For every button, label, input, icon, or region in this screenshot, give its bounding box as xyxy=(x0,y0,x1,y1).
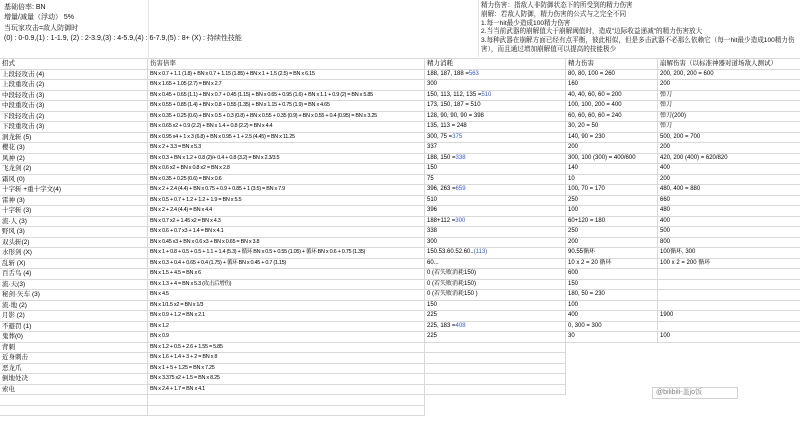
cell-formula[interactable]: BN x 0.35 + 0.25 (0.6) = BN x 0.6 xyxy=(148,175,425,186)
cell-break-damage[interactable]: 200 xyxy=(658,80,800,91)
cell-move[interactable]: 流·地 (2) xyxy=(0,301,148,312)
note-break-2: 2.当当前武器的崩解值大于崩解阈值时，造成"边际收益递减"的精力伤害放大 xyxy=(481,28,795,37)
cell-stamina-damage[interactable]: 100 xyxy=(566,206,658,217)
cell-break-damage[interactable]: 480, 400 = 880 xyxy=(658,185,800,196)
cell-break-damage[interactable] xyxy=(658,280,800,291)
table-row: 雷神 (3)BN x 0.5 + 0.7 + 1.2 + 1.2 + 1.9 =… xyxy=(0,196,800,207)
cell-stamina-damage[interactable]: 100 xyxy=(566,301,658,312)
table-row: 百舌鸟 (4)BN x 1.5 + 4.5 = BN x 60 (若失败消耗15… xyxy=(0,269,800,280)
cell-break-damage[interactable]: 1900 xyxy=(658,311,800,322)
cell-stamina-cost[interactable]: 188+112 = 300 xyxy=(425,217,566,228)
cell-stamina-cost[interactable]: 188, 150 = 338 xyxy=(425,154,566,165)
cell-break-damage[interactable] xyxy=(658,269,800,280)
table-row: 野风 (3)BN x 0.6 + 0.7 x3 + 1.4 = BN x 4.1… xyxy=(0,227,800,238)
stamina-cost-value: 128, 90, 90, 90 = 398 xyxy=(427,112,484,122)
table-row: 涡龙斩 (5)BN x 0.95 x4 + 1 x 3 (6.8) + BN x… xyxy=(0,133,800,144)
table-row: 双头斩(2)BN x 0.45 x3 + BN x 0.6 x3 + BN x … xyxy=(0,238,800,249)
stamina-cost-value: 0 (若失败消耗150) xyxy=(427,280,476,290)
cell-stamina-damage[interactable]: 60, 60, 60, 60 = 240 xyxy=(566,112,658,123)
cell-move[interactable]: 倒地处决 xyxy=(0,374,148,385)
stamina-cost-value: 188+112 = xyxy=(427,217,455,227)
table-row: 下段重攻击 (3)BN x 0.65 x2 + 0.9 (2.2) + BN x… xyxy=(0,122,800,133)
header-break-damage[interactable]: 崩解伤害（以标准神器对道场敌人测试） xyxy=(658,59,800,70)
cell-break-damage[interactable]: 420, 200 (400) = 620/820 xyxy=(658,154,800,165)
cell-stamina-cost[interactable]: 150, 113, 112, 135 = 510 xyxy=(425,91,566,102)
cell-move[interactable]: 十字斩 (3) xyxy=(0,206,148,217)
table-row: 中段重攻击 (3)BN x 0.55 + 0.85 (1.4) + BN x 0… xyxy=(0,101,800,112)
header-formula[interactable]: 伤害倍率 xyxy=(148,59,425,70)
stamina-cost-value: 60... xyxy=(427,259,439,269)
cell-break-damage[interactable]: 弹刀 xyxy=(658,91,800,102)
cell-break-damage[interactable]: 弹刀 xyxy=(658,101,800,112)
cell-formula[interactable] xyxy=(148,406,425,417)
cell-formula[interactable]: BN x 1.5 + 4.5 = BN x 6 xyxy=(148,269,425,280)
cell-move[interactable]: 流·天(3) xyxy=(0,280,148,291)
notes-right: 精力伤害：指敌人非防御状态下的所受到的精力伤害 崩解：若敌人防御，精力伤害的公式… xyxy=(481,2,795,55)
cell-stamina-cost[interactable]: 300, 75 = 375 xyxy=(425,133,566,144)
watermark-cell: @bilibili-盖jo饭 xyxy=(652,387,738,399)
cell-move[interactable]: 水形剑 (X) xyxy=(0,248,148,259)
cell-stamina-cost[interactable]: 337 xyxy=(425,143,566,154)
cell-formula[interactable]: BN x 1.3 + 4 = BN x 5.3 (攻击后增伤) xyxy=(148,280,425,291)
cell-formula[interactable]: BN x 0.7 + 1.1 (1.8) + BN x 0.7 + 1.15 (… xyxy=(148,70,425,81)
stamina-cost-value: 0 (若失败消耗150 ) xyxy=(427,290,478,300)
header-stamina-cost[interactable]: 精力消耗 xyxy=(425,59,566,70)
cell-stamina-cost[interactable]: 510 xyxy=(425,196,566,207)
cell-break-damage[interactable] xyxy=(658,301,800,312)
table-row: 樱花 (3)BN x 2 + 3.3 = BN x 5.3337200200 xyxy=(0,143,800,154)
stamina-cost-total-highlight: 408 xyxy=(456,322,466,332)
table-row: 霜风 (0)BN x 0.35 + 0.25 (0.6) = BN x 0.67… xyxy=(0,175,800,186)
cell-stamina-damage[interactable]: 30 xyxy=(566,332,658,343)
stamina-cost-total-highlight: 510 xyxy=(481,91,491,101)
cell-stamina-cost[interactable] xyxy=(425,364,566,375)
cell-move[interactable]: 鬼葬(0) xyxy=(0,332,148,343)
cell-move[interactable]: 上段重攻击 (2) xyxy=(0,80,148,91)
cell-break-damage[interactable]: 500 xyxy=(658,227,800,238)
cell-break-damage[interactable]: 400 xyxy=(658,164,800,175)
stamina-cost-total-highlight: 659 xyxy=(456,185,466,195)
cell-move[interactable]: 月影 (2) xyxy=(0,311,148,322)
cell-stamina-cost[interactable]: 396, 263 = 659 xyxy=(425,185,566,196)
cell-break-damage[interactable]: 100 x 2 = 200 循环 xyxy=(658,259,800,270)
cell-break-damage[interactable]: 400 xyxy=(658,217,800,228)
stamina-cost-total-highlight: 375 xyxy=(452,133,462,143)
table-row: 风神 (2)BN x 0.3 + BN x 1.2 + 0.8 (2)/+ 0.… xyxy=(0,154,800,165)
cell-formula[interactable]: BN x 1.65 + 1.05 (2.7) = BN x 2.7 xyxy=(148,80,425,91)
cell-move[interactable]: 十字斩 +重十字文(4) xyxy=(0,185,148,196)
table-row: 水形剑 (X)BN x 1 + 0.8 + 0.5 + 0.5 + 1.1 + … xyxy=(0,248,800,259)
stamina-cost-value: 225 xyxy=(427,332,437,342)
cell-move[interactable]: 流·人 (3) xyxy=(0,217,148,228)
cell-formula[interactable]: BN x 3.375 x2 + 1.5 = BN x 8.25 xyxy=(148,374,425,385)
cell-break-damage[interactable]: 800 xyxy=(658,238,800,249)
table-row: 飞龙剑 (2)BN x 0.6 x2 + BN x 0.8 x2 = BN x … xyxy=(0,164,800,175)
cell-move[interactable]: 近身刺击 xyxy=(0,353,148,364)
cell-stamina-cost[interactable]: 225, 183 = 408 xyxy=(425,322,566,333)
cell-stamina-damage[interactable]: 80, 80, 100 = 260 xyxy=(566,70,658,81)
cell-move[interactable]: 索电 xyxy=(0,385,148,396)
gridline-vertical xyxy=(478,0,479,57)
cell-stamina-cost[interactable]: 75 xyxy=(425,175,566,186)
cell-break-damage[interactable]: 200, 200, 200 = 600 xyxy=(658,70,800,81)
cell-formula[interactable]: BN x 0.9 + 1.2 = BN x 2.1 xyxy=(148,311,425,322)
cell-stamina-damage[interactable]: 160 xyxy=(566,80,658,91)
table-row: 上段轻攻击 (4)BN x 0.7 + 1.1 (1.8) + BN x 0.7… xyxy=(0,70,800,81)
cell-move[interactable]: 野风 (3) xyxy=(0,227,148,238)
stamina-cost-total-highlight: 563 xyxy=(469,70,479,80)
cell-stamina-damage[interactable]: 100, 100, 200 = 400 xyxy=(566,101,658,112)
cell-break-damage[interactable]: 500, 200 = 700 xyxy=(658,133,800,144)
stamina-cost-value: 396, 263 = xyxy=(427,185,456,195)
damage-table: 招式伤害倍率精力消耗精力伤害崩解伤害（以标准神器对道场敌人测试）上段轻攻击 (4… xyxy=(0,58,800,416)
cell-formula[interactable]: BN x 2.4 + 1.7 = BN x 4.1 xyxy=(148,385,425,396)
stamina-cost-value: 150 xyxy=(427,301,437,311)
table-row: 秘剑·矢车 (3)BN x 4.50 (若失败消耗150 )180, 50 = … xyxy=(0,290,800,301)
cell-stamina-cost[interactable]: 0 (若失败消耗150) xyxy=(425,269,566,280)
cell-move[interactable]: 飞龙剑 (2) xyxy=(0,164,148,175)
stamina-cost-value: 0 (若失败消耗150) xyxy=(427,269,476,279)
cell-formula[interactable]: BN x 0.5 + 0.7 + 1.2 + 1.2 + 1.9 = BN x … xyxy=(148,196,425,207)
note-condition: 当玩家攻击=敌人防御时 xyxy=(4,24,242,34)
cell-stamina-cost[interactable]: 150 xyxy=(425,301,566,312)
cell-stamina-damage[interactable]: 250 xyxy=(566,227,658,238)
cell-formula[interactable]: BN x 0.6 + 0.7 x3 + 1.4 = BN x 4.1 xyxy=(148,227,425,238)
table-row: 流·地 (2)BN x 1/1.5 x2 = BN x 1/3150100 xyxy=(0,301,800,312)
cell-formula[interactable]: BN x 0.45 x3 + BN x 0.6 x3 + BN x 0.65 =… xyxy=(148,238,425,249)
cell-stamina-damage[interactable]: 140, 90 = 230 xyxy=(566,133,658,144)
stamina-cost-total-highlight: 338 xyxy=(456,154,466,164)
stamina-cost-total-highlight: (113) xyxy=(474,248,488,258)
note-variance: 增量/减量（浮动） 5% xyxy=(4,13,242,23)
stamina-cost-value: 225 xyxy=(427,311,437,321)
table-row: 鬼葬(0)BN x 0.922530100 xyxy=(0,332,800,343)
cell-stamina-cost[interactable]: 128, 90, 90, 90 = 398 xyxy=(425,112,566,123)
cell-stamina-damage[interactable]: 60+120 = 180 xyxy=(566,217,658,228)
stamina-cost-value: 188, 187, 188 = xyxy=(427,70,469,80)
cell-stamina-damage[interactable]: 30, 20 = 50 xyxy=(566,122,658,133)
table-row: 上段重攻击 (2)BN x 1.65 + 1.05 (2.7) = BN x 2… xyxy=(0,80,800,91)
table-row: 乱斩 (X)BN x 0.3 + 0.4 + 0.65 + 0.4 (1.75)… xyxy=(0,259,800,270)
cell-stamina-cost[interactable]: 300 xyxy=(425,238,566,249)
cell-move[interactable]: 秘剑·矢车 (3) xyxy=(0,290,148,301)
cell-formula[interactable]: BN x 1/1.5 x2 = BN x 1/3 xyxy=(148,301,425,312)
cell-stamina-cost[interactable] xyxy=(425,343,566,354)
cell-formula[interactable]: BN x 0.95 x4 + 1 x 3 (6.8) + BN x 0.95 +… xyxy=(148,133,425,144)
cell-formula[interactable]: BN x 1 + 5 + 1.25 = BN x 7.25 xyxy=(148,364,425,375)
cell-move[interactable]: 下段重攻击 (3) xyxy=(0,122,148,133)
stamina-cost-value: 135, 113 = 248 xyxy=(427,122,467,132)
cell-stamina-damage[interactable]: 600 xyxy=(566,269,658,280)
table-row: 流·天(3)BN x 1.3 + 4 = BN x 5.3 (攻击后增伤)0 (… xyxy=(0,280,800,291)
cell-stamina-damage[interactable]: 90.55循环 xyxy=(566,248,658,259)
cell-formula[interactable]: BN x 0.35 + 0.25 (0.6) + BN x 0.5 + 0.3 … xyxy=(148,112,425,123)
cell-stamina-cost[interactable]: 135, 113 = 248 xyxy=(425,122,566,133)
cell-formula[interactable]: BN x 0.3 + BN x 1.2 + 0.8 (2)/+ 0.4 + 0.… xyxy=(148,154,425,165)
table-row: 流·人 (3)BN x 0.7 x2 + 1.45 x2 = BN x 4.31… xyxy=(0,217,800,228)
stamina-cost-value: 300 xyxy=(427,80,437,90)
cell-stamina-damage[interactable]: 10 xyxy=(566,175,658,186)
cell-formula[interactable]: BN x 0.7 x2 + 1.45 x2 = BN x 4.3 xyxy=(148,217,425,228)
table-row: 不避罚 (1)BN x 1.2225, 183 = 4080, 300 = 30… xyxy=(0,322,800,333)
stamina-cost-value: 225, 183 = xyxy=(427,322,456,332)
cell-break-damage[interactable]: 100循环, 300 xyxy=(658,248,800,259)
cell-formula[interactable]: BN x 0.3 + 0.4 + 0.65 + 0.4 (1.75) + 循环 … xyxy=(148,259,425,270)
cell-formula[interactable]: BN x 0.65 x2 + 0.9 (2.2) + BN x 1.4 + 0.… xyxy=(148,122,425,133)
cell-formula[interactable]: BN x 2 + 3.3 = BN x 5.3 xyxy=(148,143,425,154)
cell-stamina-damage[interactable]: 10 x 2 = 20 循环 xyxy=(566,259,658,270)
cell-stamina-cost[interactable]: 0 (若失败消耗150 ) xyxy=(425,290,566,301)
cell-move[interactable]: 双头斩(2) xyxy=(0,238,148,249)
cell-stamina-damage[interactable]: 100, 70 = 170 xyxy=(566,185,658,196)
stamina-cost-value: 173, 150, 187 = 510 xyxy=(427,101,481,111)
cell-stamina-damage[interactable]: 0, 300 = 300 xyxy=(566,322,658,333)
cell-formula[interactable]: BN x 4.5 xyxy=(148,290,425,301)
cell-stamina-damage[interactable]: 200 xyxy=(566,238,658,249)
table-row: 十字斩 +重十字文(4)BN x 2 + 2.4 (4.4) + BN x 0.… xyxy=(0,185,800,196)
cell-stamina-cost[interactable]: 150 xyxy=(425,164,566,175)
cell-move[interactable]: 霜风 (0) xyxy=(0,175,148,186)
stamina-cost-value: 300 xyxy=(427,238,437,248)
cell-move[interactable]: 樱花 (3) xyxy=(0,143,148,154)
note-break: 崩解：若敌人防御，精力伤害的公式与之完全不同 xyxy=(481,11,795,20)
cell-break-damage[interactable]: 弹刀(200) xyxy=(658,112,800,123)
cell-stamina-damage[interactable]: 180, 50 = 230 xyxy=(566,290,658,301)
cell-stamina-cost[interactable]: 60... xyxy=(425,259,566,270)
stamina-cost-value: 150, 113, 112, 135 = xyxy=(427,91,481,101)
gridline-vertical xyxy=(148,0,149,57)
cell-break-damage[interactable]: 200 xyxy=(658,143,800,154)
cell-stamina-cost[interactable]: 150.53.60.52.60..(113) xyxy=(425,248,566,259)
table-row: 倒地处决BN x 3.375 x2 + 1.5 = BN x 8.25 xyxy=(0,374,800,385)
stamina-cost-value: 188, 150 = xyxy=(427,154,456,164)
stamina-cost-value: 150 xyxy=(427,164,437,174)
cell-move[interactable] xyxy=(0,395,148,406)
cell-formula[interactable]: BN x 1.2 + 0.5 + 2.6 + 1.55 = 5.85 xyxy=(148,343,425,354)
cell-stamina-damage[interactable]: 300, 100 (300) = 400/600 xyxy=(566,154,658,165)
table-row xyxy=(0,406,800,417)
cell-formula[interactable]: BN x 0.9 xyxy=(148,332,425,343)
cell-formula[interactable]: BN x 1 + 0.8 + 0.5 + 0.5 + 1.1 + 1.4 (5.… xyxy=(148,248,425,259)
table-row: 中段轻攻击 (3)BN x 0.45 + 0.65 (1.1) + BN x 0… xyxy=(0,91,800,102)
cell-stamina-cost[interactable]: 300 xyxy=(425,80,566,91)
table-row: 背刺BN x 1.2 + 0.5 + 2.6 + 1.55 = 5.85 xyxy=(0,343,800,354)
header-move[interactable]: 招式 xyxy=(0,59,148,70)
cell-stamina-damage[interactable]: 140 xyxy=(566,164,658,175)
cell-stamina-damage[interactable]: 250 xyxy=(566,196,658,207)
stamina-cost-value: 75 xyxy=(427,175,434,185)
cell-formula[interactable]: BN x 2 + 2.4 (4.4) = BN x 4.4 xyxy=(148,206,425,217)
cell-stamina-cost[interactable]: 338 xyxy=(425,227,566,238)
cell-stamina-cost[interactable]: 225 xyxy=(425,332,566,343)
note-rating-legend: (0) : 0-0.9,(1) : 1-1.9, (2) : 2-3.9,(3)… xyxy=(4,34,242,44)
cell-move[interactable]: 百舌鸟 (4) xyxy=(0,269,148,280)
cell-move[interactable]: 乱斩 (X) xyxy=(0,259,148,270)
cell-formula[interactable]: BN x 0.55 + 0.85 (1.4) + BN x 0.8 + 0.55… xyxy=(148,101,425,112)
table-row: 近身刺击BN x 1.6 + 1.4 + 3 + 2 = BN x 8 xyxy=(0,353,800,364)
cell-break-damage[interactable]: 200 xyxy=(658,175,800,186)
stamina-cost-value: 337 xyxy=(427,143,437,153)
note-base-rate: 基础倍率: BN xyxy=(4,3,242,13)
stamina-cost-total-highlight: 300 xyxy=(455,217,465,227)
cell-break-damage[interactable]: 660 xyxy=(658,196,800,207)
cell-stamina-cost[interactable]: 396 xyxy=(425,206,566,217)
cell-stamina-damage[interactable]: 200 xyxy=(566,143,658,154)
table-header-row: 招式伤害倍率精力消耗精力伤害崩解伤害（以标准神器对道场敌人测试） xyxy=(0,59,800,70)
cell-stamina-damage[interactable]: 400 xyxy=(566,311,658,322)
cell-move[interactable]: 雷神 (3) xyxy=(0,196,148,207)
cell-move[interactable]: 不避罚 (1) xyxy=(0,322,148,333)
cell-formula[interactable]: BN x 1.6 + 1.4 + 3 + 2 = BN x 8 xyxy=(148,353,425,364)
cell-formula[interactable]: BN x 1.2 xyxy=(148,322,425,333)
note-break-3a: 3.每种武器在崩解方面已经有点平衡，彼此相似，但是多击武器不必那么依赖它（每一h… xyxy=(481,37,795,46)
table-row: 下段轻攻击 (2)BN x 0.35 + 0.25 (0.6) + BN x 0… xyxy=(0,112,800,123)
cell-stamina-cost[interactable]: 225 xyxy=(425,311,566,322)
header-stamina-damage[interactable]: 精力伤害 xyxy=(566,59,658,70)
cell-break-damage[interactable]: 弹刀 xyxy=(658,122,800,133)
cell-formula[interactable]: BN x 0.6 x2 + BN x 0.8 x2 = BN x 2.8 xyxy=(148,164,425,175)
table-row: 十字斩 (3)BN x 2 + 2.4 (4.4) = BN x 4.43961… xyxy=(0,206,800,217)
cell-move[interactable]: 下段轻攻击 (2) xyxy=(0,112,148,123)
table-row: 月影 (2)BN x 0.9 + 1.2 = BN x 2.1225400190… xyxy=(0,311,800,322)
stamina-cost-value: 510 xyxy=(427,196,437,206)
cell-break-damage[interactable] xyxy=(658,290,800,301)
cell-move[interactable]: 中段轻攻击 (3) xyxy=(0,91,148,102)
note-stamina-damage: 精力伤害：指敌人非防御状态下的所受到的精力伤害 xyxy=(481,2,795,11)
cell-move[interactable] xyxy=(0,406,148,417)
cell-formula[interactable] xyxy=(148,395,425,406)
stamina-cost-value: 396 xyxy=(427,206,437,216)
cell-stamina-damage[interactable]: 150 xyxy=(566,280,658,291)
cell-break-damage[interactable]: 480 xyxy=(658,206,800,217)
cell-move[interactable]: 背刺 xyxy=(0,343,148,354)
cell-stamina-cost[interactable] xyxy=(425,374,566,385)
note-break-3b: 害），而且通过增加崩解值可以提高的技能极少 xyxy=(481,46,795,55)
cell-move[interactable]: 恶龙爪 xyxy=(0,364,148,375)
cell-stamina-cost[interactable]: 173, 150, 187 = 510 xyxy=(425,101,566,112)
cell-stamina-cost[interactable] xyxy=(425,353,566,364)
spreadsheet-page: 基础倍率: BN 增量/减量（浮动） 5% 当玩家攻击=敌人防御时 (0) : … xyxy=(0,0,800,426)
cell-move[interactable]: 上段轻攻击 (4) xyxy=(0,70,148,81)
stamina-cost-value: 150.53.60.52.60.. xyxy=(427,248,474,258)
cell-stamina-cost[interactable]: 188, 187, 188 = 563 xyxy=(425,70,566,81)
cell-break-damage[interactable]: 100 xyxy=(658,332,800,343)
cell-formula[interactable]: BN x 0.45 + 0.65 (1.1) + BN x 0.7 + 0.45… xyxy=(148,91,425,102)
cell-formula[interactable]: BN x 2 + 2.4 (4.4) + BN x 0.75 + 0.9 + 0… xyxy=(148,185,425,196)
cell-move[interactable]: 中段重攻击 (3) xyxy=(0,101,148,112)
cell-move[interactable]: 涡龙斩 (5) xyxy=(0,133,148,144)
cell-stamina-damage[interactable]: 40, 40, 60, 60 = 200 xyxy=(566,91,658,102)
cell-break-damage[interactable] xyxy=(658,322,800,333)
stamina-cost-value: 300, 75 = xyxy=(427,133,452,143)
table-row: 恶龙爪BN x 1 + 5 + 1.25 = BN x 7.25 xyxy=(0,364,800,375)
notes-left: 基础倍率: BN 增量/减量（浮动） 5% 当玩家攻击=敌人防御时 (0) : … xyxy=(4,3,242,45)
cell-stamina-cost[interactable]: 0 (若失败消耗150) xyxy=(425,280,566,291)
stamina-cost-value: 338 xyxy=(427,227,437,237)
cell-move[interactable]: 风神 (2) xyxy=(0,154,148,165)
cell-stamina-cost[interactable] xyxy=(425,385,566,396)
